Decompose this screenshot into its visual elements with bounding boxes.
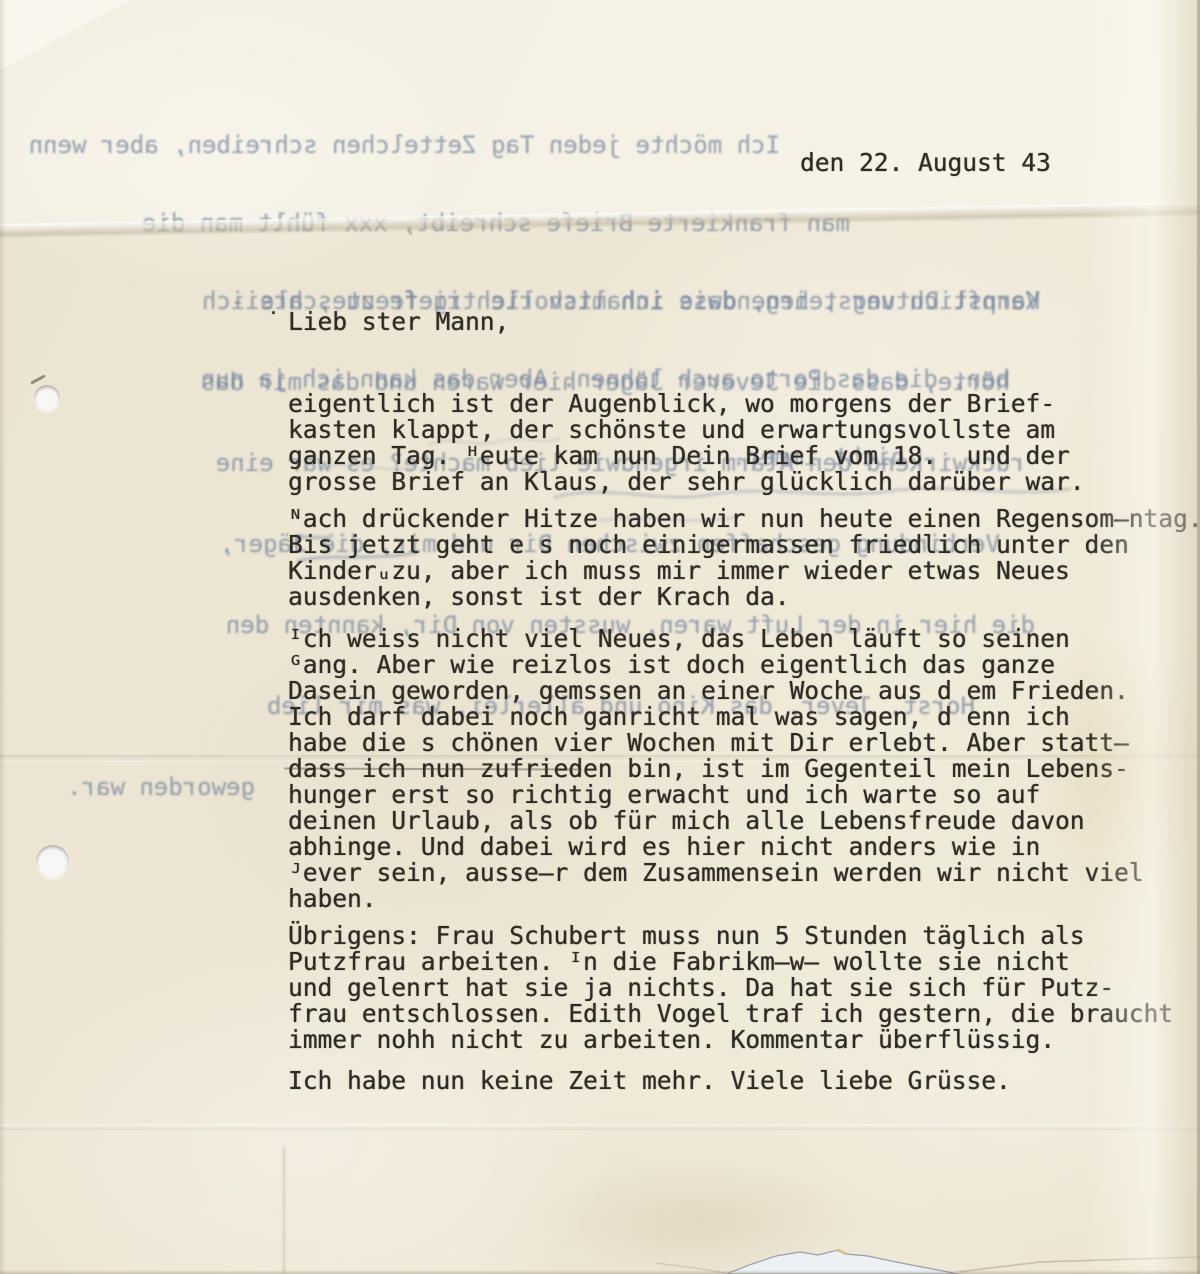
fold-crease-lower	[0, 1124, 1200, 1130]
paper-stain-bottom	[540, 1165, 870, 1274]
tear-edge-highlight	[838, 1250, 846, 1254]
paragraph-4: Übrigens: Frau Schubert muss nun 5 Stund…	[288, 923, 1173, 1053]
date-line: den 22. August 43	[800, 150, 1051, 176]
bleed-line: Kannst Du verstehen, dass ich mich richt…	[0, 288, 1040, 315]
paragraph-2: ᴺach drückender Hitze haben wir nun heut…	[288, 506, 1200, 610]
page-edge-bottom	[0, 1270, 1200, 1274]
vertical-crease-bottom	[283, 1146, 285, 1274]
bleed-line: geworden war.	[0, 774, 255, 801]
salutation: Lieb ster Mann,	[288, 309, 509, 335]
closing-line: Ich habe nun keine Zeit mehr. Viele lieb…	[288, 1068, 1011, 1094]
paragraph-1: eigentlich ist der Augenblick, wo morgen…	[288, 391, 1085, 495]
typewritten-letter-scan: Ich möchte jeden Tag Zettelchen schreibe…	[0, 0, 1200, 1274]
page-edge-left	[0, 0, 6, 1274]
punch-hole-bottom	[36, 845, 69, 878]
punch-hole-top	[34, 385, 60, 411]
paragraph-3: ᴵch weiss nicht viel Neues, das Leben lä…	[288, 626, 1144, 912]
top-left-corner-fold	[0, 0, 130, 70]
stray-type-mark: ·	[268, 301, 279, 327]
bleed-line: Ich möchte jeden Tag Zettelchen schreibe…	[0, 132, 780, 158]
